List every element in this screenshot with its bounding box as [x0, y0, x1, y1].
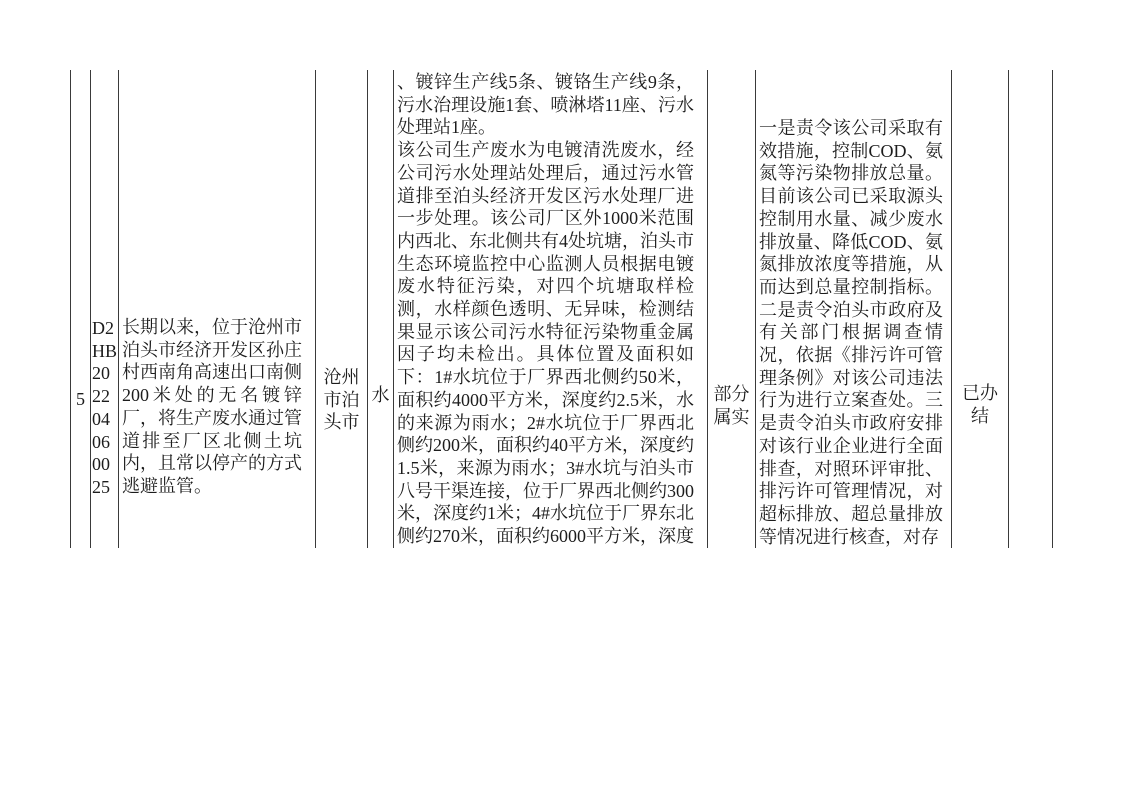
- column-pollution-type: 水: [367, 70, 393, 548]
- verification-text: 部分属实: [708, 70, 755, 428]
- column-verification: 部分属实: [707, 70, 755, 548]
- column-investigation: 、镀锌生产线5条、镀铬生产线9条，污水治理设施1套、喷淋塔11座、污水处理站1座…: [393, 70, 707, 548]
- column-measures: 一是责令该公司采取有效措施，控制COD、氨氮等污染物排放总量。目前该公司已采取源…: [755, 70, 951, 548]
- table-row: 5 D2HB202204060025 长期以来，位于沧州市泊头市经济开发区孙庄村…: [70, 70, 1122, 548]
- column-region: 沧州市泊头市: [315, 70, 367, 548]
- column-blank-2: [1052, 70, 1122, 548]
- column-complaint: 长期以来，位于沧州市泊头市经济开发区孙庄村西南角高速出口南侧200米处的无名镀锌…: [118, 70, 315, 548]
- column-status: 已办结: [951, 70, 1008, 548]
- column-case-id: D2HB202204060025: [90, 70, 118, 548]
- complaint-text: 长期以来，位于沧州市泊头市经济开发区孙庄村西南角高速出口南侧200米处的无名镀锌…: [119, 70, 315, 498]
- region-text: 沧州市泊头市: [316, 70, 367, 434]
- column-seq: 5: [70, 70, 90, 548]
- pollution-type-text: 水: [368, 70, 393, 407]
- investigation-text: 、镀锌生产线5条、镀铬生产线9条，污水治理设施1套、喷淋塔11座、污水处理站1座…: [394, 70, 707, 548]
- seq-number: 5: [71, 70, 90, 411]
- document-page: 5 D2HB202204060025 长期以来，位于沧州市泊头市经济开发区孙庄村…: [0, 0, 1122, 793]
- case-id: D2HB202204060025: [91, 70, 118, 499]
- measures-text: 一是责令该公司采取有效措施，控制COD、氨氮等污染物排放总量。目前该公司已采取源…: [756, 70, 951, 548]
- column-blank-1: [1008, 70, 1052, 548]
- status-text: 已办结: [952, 70, 1008, 427]
